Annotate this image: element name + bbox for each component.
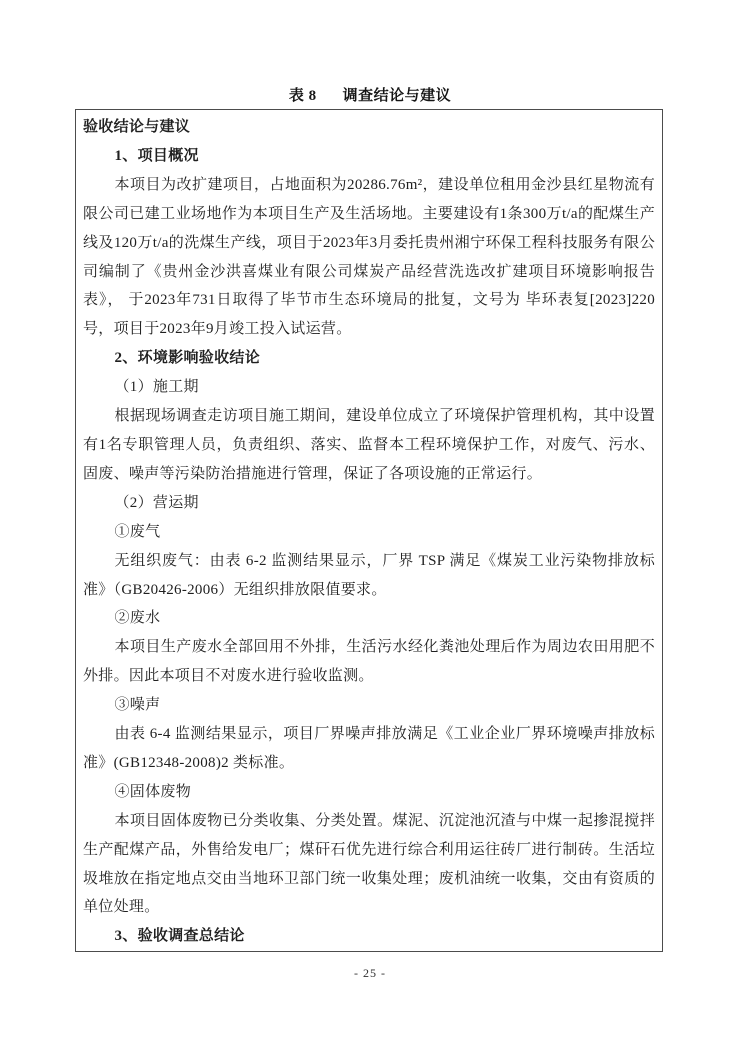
- table-caption-number: 表 8: [289, 88, 317, 104]
- para-overall-conclusion: 综上所述，本项目在建设过程中基本上执行了各项环境保护规章制度，结合工程实际: [83, 951, 655, 952]
- subheading-waste-gas: ①废气: [83, 518, 655, 547]
- document-page: 表 8调查结论与建议 验收结论与建议 1、项目概况 本项目为改扩建项目，占地面积…: [0, 0, 740, 1046]
- heading-eia-acceptance-conclusion: 2、环境影响验收结论: [83, 344, 655, 373]
- subheading-waste-water: ②废水: [83, 604, 655, 633]
- section-lead-acceptance-conclusion: 验收结论与建议: [83, 113, 655, 142]
- table-caption-text: 调查结论与建议: [343, 88, 452, 104]
- heading-project-overview: 1、项目概况: [83, 142, 655, 171]
- para-project-overview: 本项目为改扩建项目，占地面积为20286.76m²，建设单位租用金沙县红星物流有…: [83, 171, 655, 344]
- subheading-construction-period: （1）施工期: [83, 373, 655, 402]
- subheading-solid-waste: ④固体废物: [83, 778, 655, 807]
- para-solid-waste: 本项目固体废物已分类收集、分类处置。煤泥、沉淀池沉渣与中煤一起掺混搅拌生产配煤产…: [83, 807, 655, 923]
- para-noise: 由表 6-4 监测结果显示，项目厂界噪声排放满足《工业企业厂界环境噪声排放标准》…: [83, 720, 655, 778]
- subheading-noise: ③噪声: [83, 691, 655, 720]
- heading-overall-conclusion: 3、验收调查总结论: [83, 922, 655, 951]
- para-waste-gas: 无组织废气：由表 6-2 监测结果显示，厂界 TSP 满足《煤炭工业污染物排放标…: [83, 547, 655, 605]
- page-number: - 25 -: [0, 966, 740, 981]
- subheading-operation-period: （2）营运期: [83, 489, 655, 518]
- para-construction-period: 根据现场调查走访项目施工期间，建设单位成立了环境保护管理机构，其中设置有1名专职…: [83, 402, 655, 489]
- conclusion-table-cell: 验收结论与建议 1、项目概况 本项目为改扩建项目，占地面积为20286.76m²…: [75, 109, 663, 952]
- table-caption: 表 8调查结论与建议: [0, 84, 740, 105]
- para-waste-water: 本项目生产废水全部回用不外排，生活污水经化粪池处理后作为周边农田用肥不外排。因此…: [83, 633, 655, 691]
